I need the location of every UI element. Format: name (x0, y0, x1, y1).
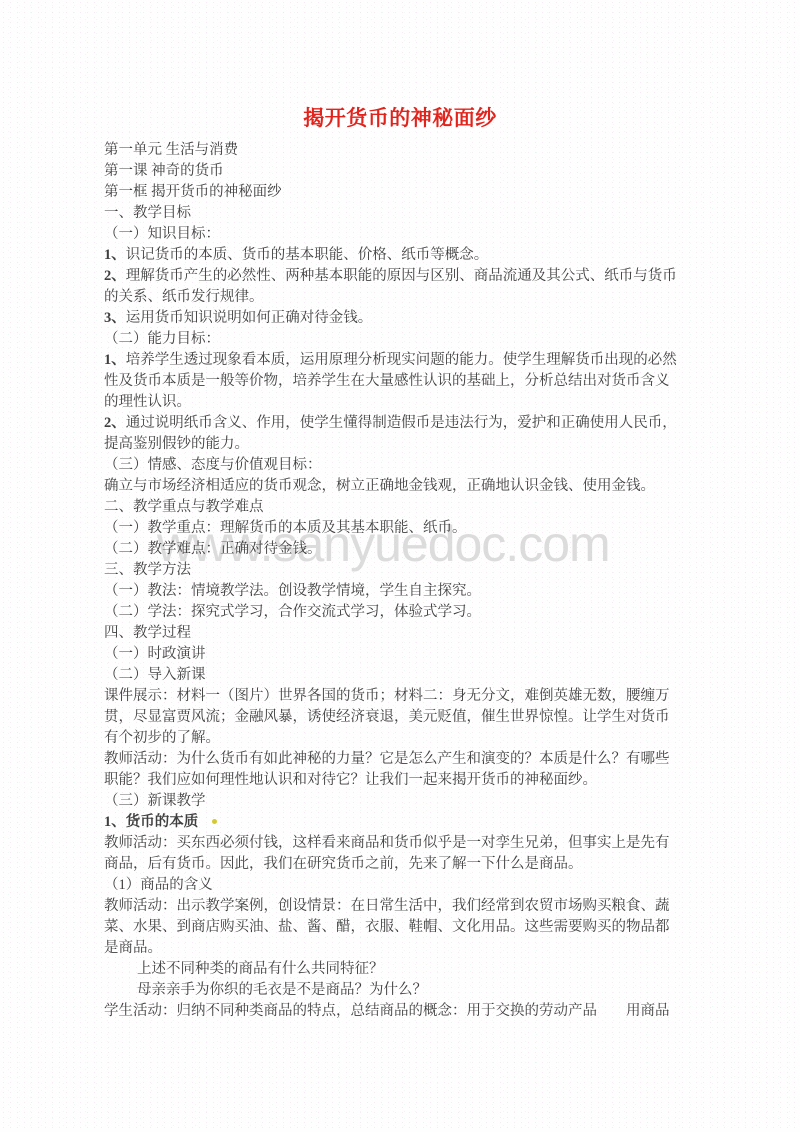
line-text: 教师活动：买东西必须付钱，这样看来商品和货币似乎是一对孪生兄弟，但事实上是先有 (104, 835, 670, 851)
text-line: 2、理解货币产生的必然性、两种基本职能的原因与区别、商品流通及其公式、纸币与货币 (104, 266, 704, 287)
line-text: （二）学法：探究式学习，合作交流式学习，体验式学习。 (104, 604, 481, 620)
text-line: 2、通过说明纸币含义、作用，使学生懂得制造假币是违法行为，爱护和正确使用人民币， (104, 413, 704, 434)
line-text: 贯，尽显富贾风流；金融风暴，诱使经济衰退，美元贬值，催生世界惊惶。让学生对货币 (104, 709, 670, 725)
text-line: 学生活动：归纳不同种类商品的特点，总结商品的概念：用于交换的劳动产品 用商品 (104, 1001, 704, 1022)
text-line: 四、教学过程 (104, 623, 704, 644)
line-text: 三、教学方法 (104, 562, 191, 578)
text-line: （三）情感、态度与价值观目标： (104, 455, 704, 476)
line-text: （一）教法：情境教学法。创设教学情境，学生自主探究。 (104, 583, 481, 599)
line-text: 的理性认识。 (104, 394, 191, 410)
text-line: 第一框 揭开货币的神秘面纱 (104, 182, 704, 203)
text-line: （一）知识目标： (104, 224, 704, 245)
line-text: （一）教学重点：理解货币的本质及其基本职能、纸币。 (104, 520, 467, 536)
text-line: 是商品。 (104, 938, 704, 959)
line-text: 上述不同种类的商品有什么共同特征？ (137, 961, 384, 977)
line-text: 通过说明纸币含义、作用，使学生懂得制造假币是违法行为，爱护和正确使用人民币， (126, 415, 677, 431)
text-line: 三、教学方法 (104, 560, 704, 581)
line-number-prefix: 1、 (104, 352, 126, 368)
text-line: 教师活动：为什么货币有如此神秘的力量？它是怎么产生和演变的？本质是什么？有哪些 (104, 749, 704, 770)
line-text: 有个初步的了解。 (104, 730, 220, 746)
line-text: 理解货币产生的必然性、两种基本职能的原因与区别、商品流通及其公式、纸币与货币 (126, 268, 677, 284)
text-line: 商品，后有货币。因此，我们在研究货币之前，先来了解一下什么是商品。 (104, 854, 704, 875)
line-text: （三）新课教学 (104, 793, 206, 809)
text-line: 贯，尽显富贾风流；金融风暴，诱使经济衰退，美元贬值，催生世界惊惶。让学生对货币 (104, 707, 704, 728)
text-line: 有个初步的了解。 (104, 728, 704, 749)
text-line: （二）导入新课 (104, 665, 704, 686)
text-line: 第一单元 生活与消费 (104, 140, 704, 161)
line-text: 识记货币的本质、货币的基本职能、价格、纸币等概念。 (126, 247, 489, 263)
line-text: 教师活动：出示教学案例，创设情景：在日常生活中，我们经常到农贸市场购买粮食、蔬 (104, 898, 670, 914)
line-text: （二）教学难点：正确对待金钱。 (104, 541, 322, 557)
line-number-prefix: 1、 (104, 247, 126, 263)
text-line: （二）学法：探究式学习，合作交流式学习，体验式学习。 (104, 602, 704, 623)
text-line: （一）教学重点：理解货币的本质及其基本职能、纸币。 (104, 518, 704, 539)
text-line: 提高鉴别假钞的能力。 (104, 434, 704, 455)
line-text: 确立与市场经济相适应的货币观念，树立正确地金钱观，正确地认识金钱、使用金钱。 (104, 478, 655, 494)
text-line: 性及货币本质是一般等价物，培养学生在大量感性认识的基础上，分析总结出对货币含义 (104, 371, 704, 392)
line-text: 第一课 神奇的货币 (104, 163, 224, 179)
highlight-dot-icon (212, 819, 217, 824)
line-text: 性及货币本质是一般等价物，培养学生在大量感性认识的基础上，分析总结出对货币含义 (104, 373, 670, 389)
text-line: 1、培养学生透过现象看本质，运用原理分析现实问题的能力。使学生理解货币出现的必然 (104, 350, 704, 371)
line-text: 第一框 揭开货币的神秘面纱 (104, 184, 282, 200)
line-number-prefix: 3、 (104, 310, 126, 326)
text-line: （二）能力目标： (104, 329, 704, 350)
line-text: （一）时政演讲 (104, 646, 206, 662)
line-text: 四、教学过程 (104, 625, 191, 641)
text-line: 课件展示：材料一（图片）世界各国的货币；材料二：身无分文，难倒英雄无数，腰缠万 (104, 686, 704, 707)
line-text: 教师活动：为什么货币有如此神秘的力量？它是怎么产生和演变的？本质是什么？有哪些 (104, 751, 670, 767)
line-text: 货币的本质 (126, 814, 199, 830)
text-line: （一）时政演讲 (104, 644, 704, 665)
text-line: 确立与市场经济相适应的货币观念，树立正确地金钱观，正确地认识金钱、使用金钱。 (104, 476, 704, 497)
line-text: （一）知识目标： (104, 226, 220, 242)
line-number-prefix: 2、 (104, 415, 126, 431)
text-line: 二、教学重点与教学难点 (104, 497, 704, 518)
text-line: 1、货币的本质 (104, 812, 704, 833)
text-line: 1、识记货币的本质、货币的基本职能、价格、纸币等概念。 (104, 245, 704, 266)
line-number-prefix: 2、 (104, 268, 126, 284)
line-text: 菜、水果、到商店购买油、盐、酱、醋，衣服、鞋帽、文化用品。这些需要购买的物品都 (104, 919, 670, 935)
document-page: www.sanyuedoc.com 揭开货币的神秘面纱 第一单元 生活与消费第一… (0, 0, 800, 1132)
text-line: 上述不同种类的商品有什么共同特征？ (104, 959, 704, 980)
line-text: （三）情感、态度与价值观目标： (104, 457, 322, 473)
text-line: 母亲亲手为你织的毛衣是不是商品？为什么？ (104, 980, 704, 1001)
line-text: （二）能力目标： (104, 331, 220, 347)
line-text: 一、教学目标 (104, 205, 191, 221)
document-title: 揭开货币的神秘面纱 (0, 103, 800, 133)
text-line: （二）教学难点：正确对待金钱。 (104, 539, 704, 560)
line-text: 职能？我们应如何理性地认识和对待它？让我们一起来揭开货币的神秘面纱。 (104, 772, 597, 788)
text-line: 教师活动：出示教学案例，创设情景：在日常生活中，我们经常到农贸市场购买粮食、蔬 (104, 896, 704, 917)
line-text: 提高鉴别假钞的能力。 (104, 436, 249, 452)
line-text: 的关系、纸币发行规律。 (104, 289, 264, 305)
line-text: （1）商品的含义 (104, 877, 213, 893)
text-line: 教师活动：买东西必须付钱，这样看来商品和货币似乎是一对孪生兄弟，但事实上是先有 (104, 833, 704, 854)
line-text: 二、教学重点与教学难点 (104, 499, 264, 515)
text-line: （1）商品的含义 (104, 875, 704, 896)
document-body: 第一单元 生活与消费第一课 神奇的货币第一框 揭开货币的神秘面纱一、教学目标（一… (104, 140, 704, 1022)
text-line: 3、运用货币知识说明如何正确对待金钱。 (104, 308, 704, 329)
line-text: 是商品。 (104, 940, 162, 956)
text-line: 菜、水果、到商店购买油、盐、酱、醋，衣服、鞋帽、文化用品。这些需要购买的物品都 (104, 917, 704, 938)
line-text: 课件展示：材料一（图片）世界各国的货币；材料二：身无分文，难倒英雄无数，腰缠万 (104, 688, 670, 704)
line-text: 商品，后有货币。因此，我们在研究货币之前，先来了解一下什么是商品。 (104, 856, 583, 872)
line-text: 学生活动：归纳不同种类商品的特点，总结商品的概念：用于交换的劳动产品 用商品 (104, 1003, 670, 1019)
text-line: 一、教学目标 (104, 203, 704, 224)
line-text: 运用货币知识说明如何正确对待金钱。 (126, 310, 373, 326)
text-line: 的关系、纸币发行规律。 (104, 287, 704, 308)
line-text: 培养学生透过现象看本质，运用原理分析现实问题的能力。使学生理解货币出现的必然 (126, 352, 677, 368)
text-line: 第一课 神奇的货币 (104, 161, 704, 182)
line-text: 母亲亲手为你织的毛衣是不是商品？为什么？ (137, 982, 427, 998)
text-line: 职能？我们应如何理性地认识和对待它？让我们一起来揭开货币的神秘面纱。 (104, 770, 704, 791)
text-line: （一）教法：情境教学法。创设教学情境，学生自主探究。 (104, 581, 704, 602)
line-number-prefix: 1、 (104, 814, 126, 830)
text-line: （三）新课教学 (104, 791, 704, 812)
line-text: （二）导入新课 (104, 667, 206, 683)
line-text: 第一单元 生活与消费 (104, 142, 238, 158)
text-line: 的理性认识。 (104, 392, 704, 413)
